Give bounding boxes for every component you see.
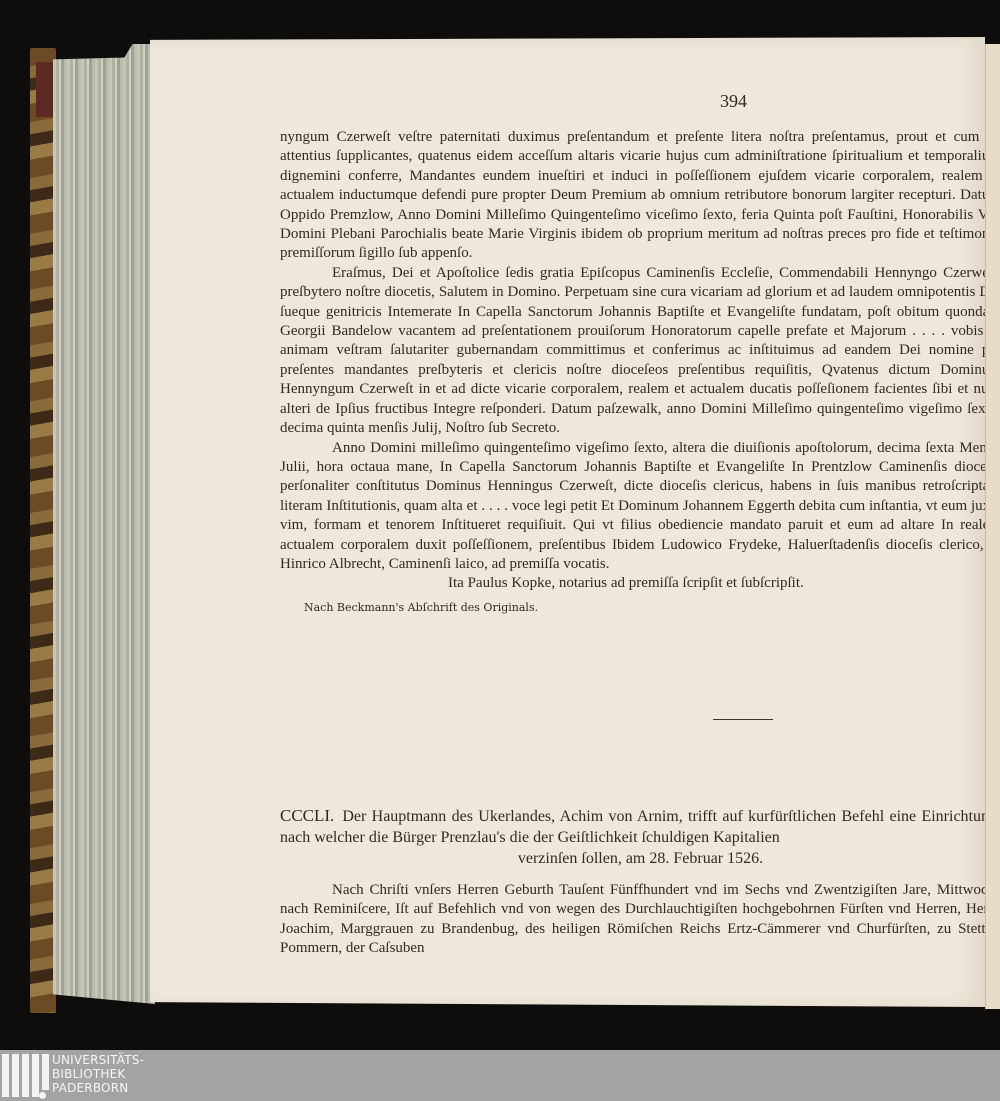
section-title-line2: verzinſen ſollen, am 28. Februar 1526. (280, 848, 1000, 869)
facing-page-edge (985, 44, 1000, 1009)
document-body-top: nyngum Czerweſt veſtre paternitati duxim… (280, 128, 1000, 617)
book-page: 394 nyngum Czerweſt veſtre paternitati d… (150, 37, 985, 1007)
library-footer: UNIVERSITÄTS- BIBLIOTHEK PADERBORN (0, 1050, 1000, 1101)
document-body-bottom: Nach Chriſti vnſers Herren Geburth Tauſe… (280, 881, 1000, 959)
page-number: 394 (720, 92, 747, 111)
section-heading: CCCLI.Der Hauptmann des Ukerlandes, Achi… (280, 805, 1000, 869)
book-scan: 394 nyngum Czerweſt veſtre paternitati d… (0, 0, 1000, 1050)
library-logo-text: UNIVERSITÄTS- BIBLIOTHEK PADERBORN (52, 1053, 144, 1095)
section-title-line1: Der Hauptmann des Ukerlandes, Achim von … (280, 808, 1000, 846)
logo-line-1: UNIVERSITÄTS- (52, 1053, 144, 1067)
paragraph-erasmus: Eraſmus, Dei et Apoſtolice ſedis gratia … (280, 264, 1000, 439)
logo-line-2: BIBLIOTHEK (52, 1067, 144, 1081)
book-cover-spine (30, 48, 56, 1013)
section-number: CCCLI. (280, 806, 334, 825)
cover-leather-label (36, 62, 54, 117)
paragraph-nach-christi: Nach Chriſti vnſers Herren Geburth Tauſe… (280, 881, 1000, 959)
paragraph-anno-domini: Anno Domini milleſimo quingenteſimo vige… (280, 439, 1000, 575)
paragraph-continuation: nyngum Czerweſt veſtre paternitati duxim… (280, 128, 1000, 264)
source-note: Nach Beckmann's Abſchrift des Originals. (280, 598, 1000, 617)
logo-dot-icon (39, 1092, 46, 1099)
section-divider (713, 719, 773, 720)
notary-signature: Ita Paulus Kopke, notarius ad premiſſa ſ… (280, 574, 1000, 593)
logo-line-3: PADERBORN (52, 1081, 144, 1095)
page-edges (53, 44, 155, 1004)
